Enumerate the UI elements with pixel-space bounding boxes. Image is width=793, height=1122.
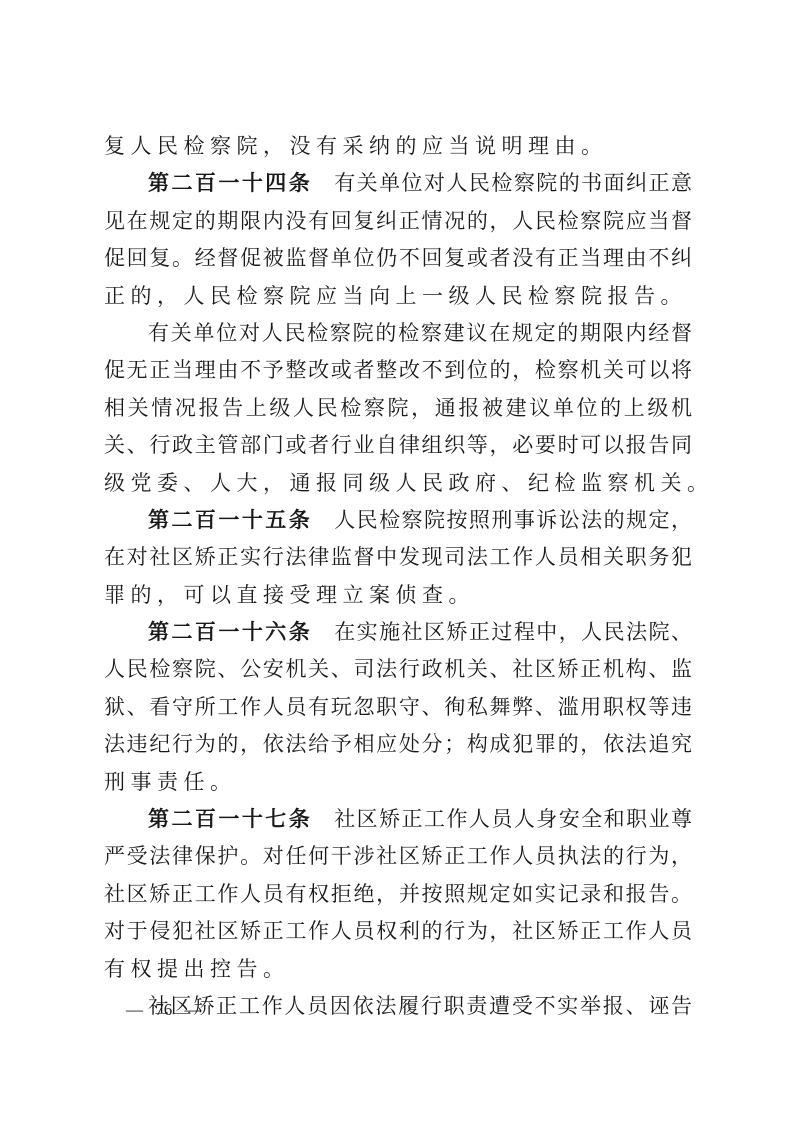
document-body: 复人民检察院，没有采纳的应当说明理由。 第二百一十四条有关单位对人民检察院的书面… [104,128,692,1025]
text-line: 严受法律保护。对任何干涉社区矫正工作人员执法的行为， [104,838,692,875]
text-line: 关、行政主管部门或者行业自律组织等，必要时可以报告同 [104,427,692,464]
text-line: 社区矫正工作人员有权拒绝，并按照规定如实记录和报告。 [104,876,692,913]
article-214-line: 第二百一十四条有关单位对人民检察院的书面纠正意 [104,165,692,202]
text-line: 刑事责任。 [104,764,692,801]
text-line: 人民检察院、公安机关、司法行政机关、社区矫正机构、监 [104,651,692,688]
article-text: 社区矫正工作人员人身安全和职业尊 [334,807,692,831]
text-line: 促无正当理由不予整改或者整改不到位的，检察机关可以将 [104,352,692,389]
text-line: 相关情况报告上级人民检察院，通报被建议单位的上级机 [104,390,692,427]
article-215-line: 第二百一十五条人民检察院按照刑事诉讼法的规定， [104,502,692,539]
text-line: 有权提出控告。 [104,951,692,988]
article-title: 第二百一十七条 [148,807,312,831]
paragraph-start-line: 有关单位对人民检察院的检察建议在规定的期限内经督 [104,315,692,352]
text-line: 在对社区矫正实行法律监督中发现司法工作人员相关职务犯 [104,539,692,576]
article-title: 第二百一十六条 [148,620,312,644]
text-line: 罪的，可以直接受理立案侦查。 [104,577,692,614]
text-line: 级党委、人大，通报同级人民政府、纪检监察机关。 [104,465,692,502]
article-217-line: 第二百一十七条社区矫正工作人员人身安全和职业尊 [104,801,692,838]
article-text: 有关单位对人民检察院的书面纠正意 [334,171,692,195]
text-line: 法违纪行为的，依法给予相应处分；构成犯罪的，依法追究 [104,726,692,763]
article-text: 人民检察院按照刑事诉讼法的规定， [334,508,692,532]
footer-dash-right: — [185,1000,202,1020]
text-line: 狱、看守所工作人员有玩忽职守、徇私舞弊、滥用职权等违 [104,689,692,726]
text-line: 复人民检察院，没有采纳的应当说明理由。 [104,128,692,165]
article-216-line: 第二百一十六条在实施社区矫正过程中，人民法院、 [104,614,692,651]
footer-dash-left: — [126,1000,143,1020]
article-title: 第二百一十五条 [148,508,312,532]
page-footer: — 76 — [118,1000,210,1020]
text-line: 正的，人民检察院应当向上一级人民检察院报告。 [104,278,692,315]
text-line: 对于侵犯社区矫正工作人员权利的行为，社区矫正工作人员 [104,913,692,950]
text-line: 见在规定的期限内没有回复纠正情况的，人民检察院应当督 [104,203,692,240]
text-line: 促回复。经督促被监督单位仍不回复或者没有正当理由不纠 [104,240,692,277]
article-title: 第二百一十四条 [148,171,312,195]
article-text: 在实施社区矫正过程中，人民法院、 [334,620,692,644]
page-number: 76 [155,1000,172,1019]
